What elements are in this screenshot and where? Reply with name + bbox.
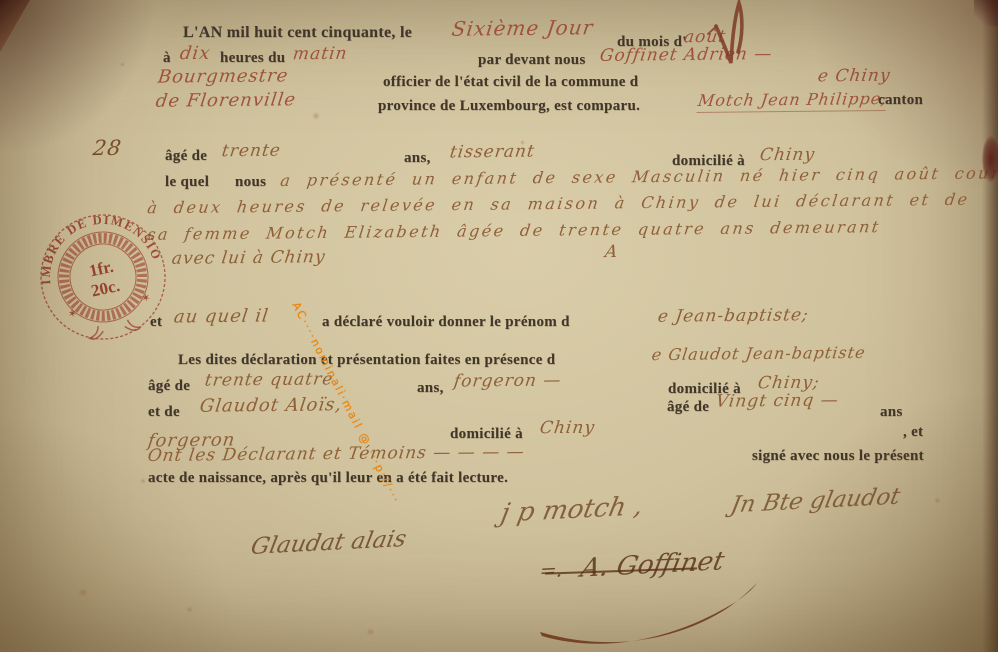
foxing-spot — [366, 628, 375, 636]
signature-goffinet-prefix: =. — [538, 557, 566, 582]
act-margin-number: 28 — [91, 136, 123, 160]
birth-act-scan: L'AN mil huit cent cinquante, le Sixième… — [0, 0, 998, 652]
handwritten-presentation: a présenté un enfant de sexe Masculin né… — [279, 163, 998, 190]
signature-glaudot-jb: Jn Bte glaudot — [728, 484, 902, 519]
handwritten-witness2-name: Glaudot Aloïs, — [199, 394, 344, 416]
printed-l11-1: Les dites déclaration et présentation fa… — [178, 352, 555, 369]
printed-l13-1: et de — [148, 404, 180, 421]
printed-l12-2: ans, — [417, 380, 444, 397]
handwritten-witness1-name: e Glaudot Jean-baptiste — [651, 343, 867, 364]
signature-glaudot-alois: Glaudat alais — [249, 526, 409, 560]
printed-l10-2: a déclaré vouloir donner le prénom d — [322, 314, 570, 331]
fiscal-stamp: TIMBRE DE DIMENSION ✶ ✶ 1fr. 20c. — [24, 198, 183, 357]
ink-swash-stroke — [540, 583, 757, 644]
handwritten-mother-details: sa femme Motch Elizabeth âgée de trente … — [146, 217, 882, 244]
printed-l5-1: âgé de — [165, 148, 207, 165]
dark-corner-top-left — [0, 0, 30, 52]
handwritten-witness1-profession: forgeron — — [453, 370, 563, 391]
printed-l4-1: province de Luxembourg, est comparu. — [378, 98, 640, 115]
handwritten-domicile: Chiny — [759, 145, 817, 166]
handwritten-birth-details: à deux heures de relevée en sa maison à … — [146, 190, 971, 218]
printed-l6-1: le quel — [165, 174, 209, 191]
handwritten-auquel-il: au quel il — [173, 306, 271, 328]
printed-l5-2: ans, — [404, 150, 431, 167]
ink-paraph-stroke — [716, 3, 742, 63]
printed-l13-3: ans — [880, 404, 903, 421]
printed-l15-1: signé avec nous le présent — [752, 448, 924, 465]
foxing-spot — [78, 588, 88, 597]
foxing-spot — [140, 478, 146, 484]
handwritten-witness1-age: trente quatre — [204, 369, 335, 390]
printed-l2-3: par devant nous — [478, 52, 586, 69]
printed-l3-1: officier de l'état civil de la commune d — [383, 74, 638, 91]
handwritten-flourish-letter: A — [604, 242, 620, 262]
handwritten-matin: matin — [292, 44, 349, 65]
handwritten-commune: e Chiny — [817, 66, 892, 87]
printed-l2-2: heures du — [220, 50, 285, 67]
printed-l2-1: à — [163, 50, 171, 67]
printed-l14-1: domicilié à — [450, 426, 523, 443]
foxing-spot — [520, 140, 525, 145]
foxing-spot — [312, 112, 320, 120]
ink-swash — [538, 580, 788, 650]
signature-motch: j p motch , — [498, 491, 645, 528]
ink-paraph-tail — [708, 26, 716, 34]
handwritten-day: Sixième Jour — [450, 15, 595, 40]
handwritten-witness2-domicile: Chiny — [539, 418, 597, 439]
handwritten-florenville: de Florenville — [155, 89, 298, 111]
dark-corner-top-right — [974, 0, 998, 26]
foxing-spot — [120, 62, 125, 67]
stamp-star-right: ✶ — [140, 292, 152, 306]
ink-paraph — [698, 0, 788, 80]
page-edge-right — [982, 0, 998, 652]
handwritten-ont-signe: Ont les Déclarant et Témoins — — — — — [146, 442, 526, 466]
ink-blotch-right-edge — [982, 136, 998, 182]
handwritten-witness2-age: Vingt cinq — — [715, 390, 840, 411]
signature-goffinet: A. Goffinet — [578, 546, 727, 583]
handwritten-declarant-name: Motch Jean Philippe; — [696, 89, 889, 113]
foxing-spot — [934, 497, 941, 504]
handwritten-child-firstname: e Jean-baptiste; — [657, 305, 811, 327]
handwritten-hour: dix — [179, 43, 212, 64]
printed-l10-1: et — [150, 314, 162, 331]
printed-l6-2: nous — [235, 174, 266, 191]
handwritten-age: trente — [221, 141, 283, 162]
printed-l13-2: âgé de — [667, 399, 709, 416]
handwritten-bourgmestre: Bourgmestre — [157, 65, 290, 87]
handwritten-residence: avec lui à Chiny — [171, 247, 327, 269]
printed-l14-2: , et — [903, 424, 923, 441]
printed-l12-1: âgé de — [148, 378, 190, 395]
printed-l1-1: L'AN mil huit cent cinquante, le — [183, 24, 412, 42]
foxing-spot — [186, 606, 193, 613]
printed-l16-1: acte de naissance, après qu'il leur en a… — [148, 470, 508, 487]
